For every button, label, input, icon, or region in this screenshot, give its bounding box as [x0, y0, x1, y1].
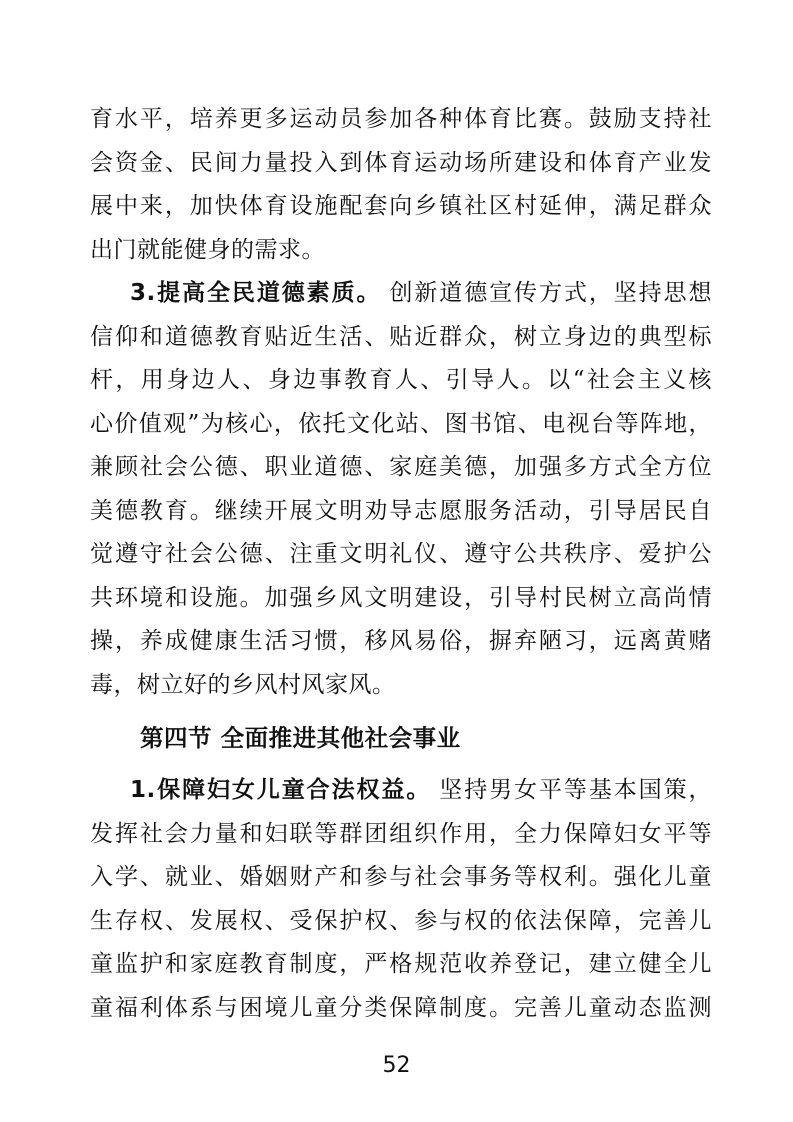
- section-heading: 第四节 全面推进其他社会事业: [90, 707, 712, 769]
- paragraph-line: 杆，用身边人、身边事教育人、引导人。以“社会主义核: [90, 359, 712, 403]
- document-page: 育水平，培养更多运动员参加各种体育比赛。鼓励支持社 会资金、民间力量投入到体育运…: [0, 0, 793, 1122]
- paragraph-line: 共环境和设施。加强乡风文明建设，引导村民树立高尚情: [90, 577, 712, 621]
- paragraph-line: 心价值观”为核心，依托文化站、图书馆、电视台等阵地，: [90, 403, 712, 447]
- paragraph-line: 童福利体系与困境儿童分类保障制度。完善儿童动态监测: [90, 987, 712, 1031]
- paragraph-line: 1.保障妇女儿童合法权益。坚持男女平等基本国策，: [90, 769, 712, 813]
- paragraph-line: 生存权、发展权、受保护权、参与权的依法保障，完善儿: [90, 900, 712, 944]
- paragraph-line: 兼顾社会公德、职业道德、家庭美德，加强多方式全方位: [90, 446, 712, 490]
- paragraph-line: 育水平，培养更多运动员参加各种体育比赛。鼓励支持社: [90, 98, 712, 142]
- document-body: 育水平，培养更多运动员参加各种体育比赛。鼓励支持社 会资金、民间力量投入到体育运…: [90, 98, 712, 1030]
- paragraph-line: 3.提高全民道德素质。创新道德宣传方式，坚持思想: [90, 272, 712, 316]
- paragraph-text: 坚持男女平等基本国策，: [439, 777, 712, 803]
- paragraph-line: 出门就能健身的需求。: [90, 229, 712, 273]
- paragraph-text: 创新道德宣传方式，坚持思想: [389, 280, 712, 306]
- paragraph-line: 发挥社会力量和妇联等群团组织作用，全力保障妇女平等: [90, 813, 712, 857]
- paragraph-lead-bold: 1.保障妇女儿童合法权益。: [130, 777, 431, 803]
- paragraph-line: 操，养成健康生活习惯，移风易俗，摒弃陋习，远离黄赌: [90, 620, 712, 664]
- paragraph-line: 入学、就业、婚姻财产和参与社会事务等权利。强化儿童: [90, 856, 712, 900]
- paragraph-line: 毒，树立好的乡风村风家风。: [90, 664, 712, 708]
- paragraph-line: 觉遵守社会公德、注重文明礼仪、遵守公共秩序、爱护公: [90, 533, 712, 577]
- paragraph-line: 信仰和道德教育贴近生活、贴近群众，树立身边的典型标: [90, 316, 712, 360]
- paragraph-line: 童监护和家庭教育制度，严格规范收养登记，建立健全儿: [90, 943, 712, 987]
- paragraph-lead-bold: 3.提高全民道德素质。: [130, 280, 381, 306]
- paragraph-line: 展中来，加快体育设施配套向乡镇社区村延伸，满足群众: [90, 185, 712, 229]
- page-number: 52: [0, 1048, 793, 1084]
- paragraph-line: 会资金、民间力量投入到体育运动场所建设和体育产业发: [90, 142, 712, 186]
- paragraph-line: 美德教育。继续开展文明劝导志愿服务活动，引导居民自: [90, 490, 712, 534]
